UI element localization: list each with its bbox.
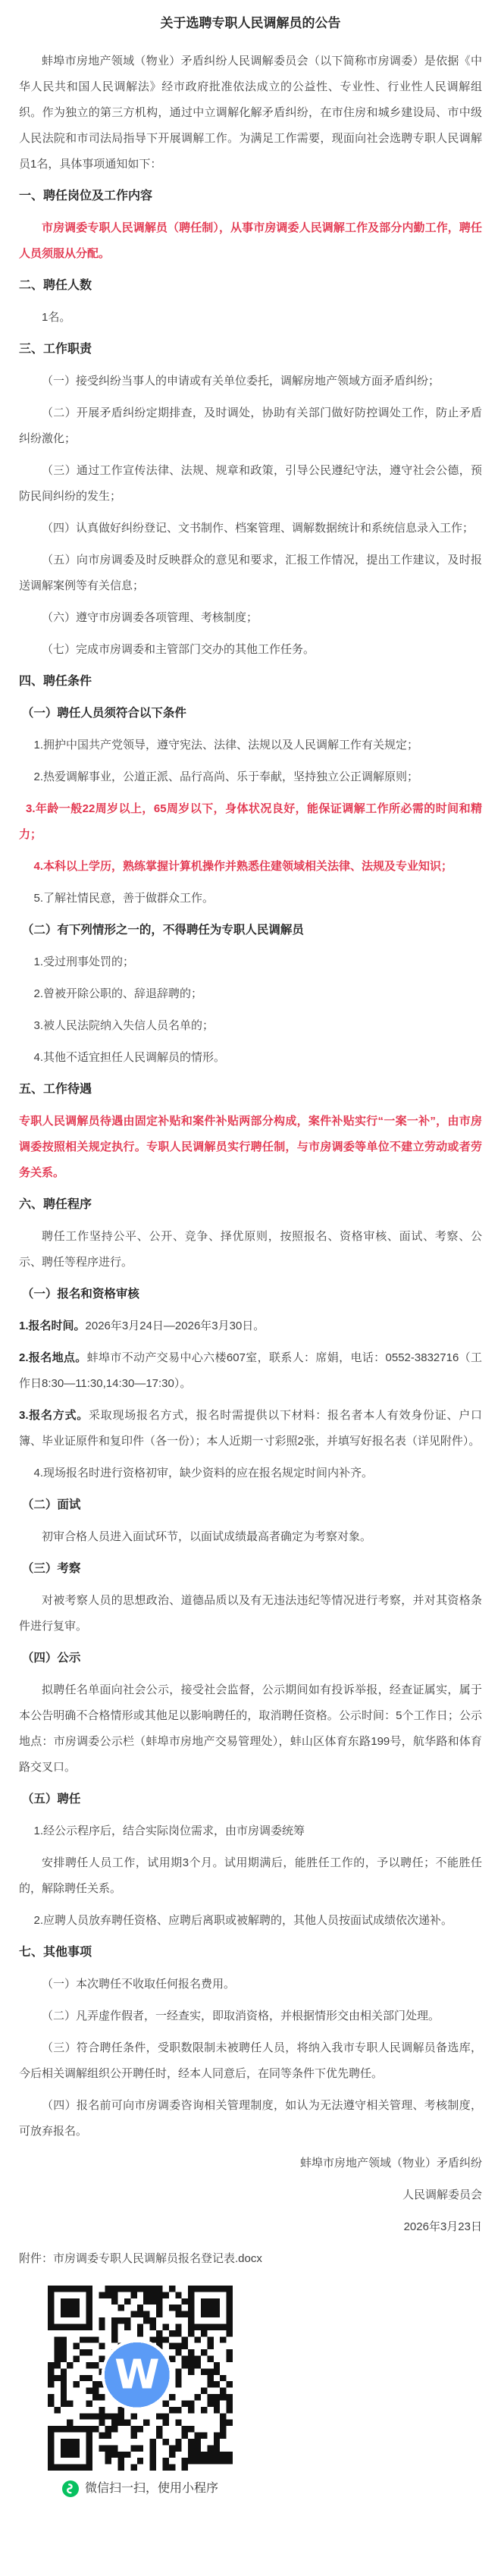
section-heading: 六、聘任程序	[19, 1192, 482, 1218]
paragraph: 1.经公示程序后，结合实际岗位需求，由市房调委统筹	[19, 1818, 482, 1844]
section-heading: 七、其他事项	[19, 1940, 482, 1966]
section-heading: 二、聘任人数	[19, 273, 482, 299]
attachment-link[interactable]: 附件：市房调委专职人民调解员报名登记表.docx	[19, 2246, 482, 2272]
paragraph: 2.应聘人员放弃聘任资格、应聘后离职或被解聘的，其他人员按面试成绩依次递补。	[19, 1908, 482, 1934]
qr-caption-text: 微信扫一扫，使用小程序	[85, 2480, 218, 2498]
section-heading: 五、工作待遇	[19, 1077, 482, 1103]
paragraph: 初审合格人员进入面试环节，以面试成绩最高者确定为考察对象。	[19, 1524, 482, 1550]
paragraph: （二）开展矛盾纠纷定期排查，及时调处，协助有关部门做好防控调处工作，防止矛盾纠纷…	[19, 400, 482, 452]
paragraph: 2.曾被开除公职的、辞退辞聘的；	[19, 981, 482, 1007]
page-title: 关于选聘专职人民调解员的公告	[19, 12, 482, 35]
paragraph: （六）遵守市房调委各项管理、考核制度；	[19, 605, 482, 631]
section-heading: 四、聘任条件	[19, 669, 482, 695]
paragraph: 4.现场报名时进行资格初审，缺少资料的应在报名规定时间内补齐。	[19, 1461, 482, 1486]
paragraph: （三）通过工作宣传法律、法规、规章和政策，引导公民遵纪守法，遵守社会公德，预防民…	[19, 458, 482, 510]
qr-code: W	[48, 2286, 233, 2471]
paragraph: 4.其他不适宜担任人民调解员的情形。	[19, 1045, 482, 1071]
paragraph: 拟聘任名单面向社会公示，接受社会监督，公示期间如有投诉举报，经查证属实，属于本公…	[19, 1677, 482, 1781]
paragraph: （七）完成市房调委和主管部门交办的其他工作任务。	[19, 637, 482, 663]
sub-heading: （三）考察	[19, 1556, 482, 1582]
wechat-icon	[62, 2480, 79, 2497]
paragraph: （三）符合聘任条件，受职数限制未被聘任人员，将纳入我市专职人民调解员备选库，今后…	[19, 2035, 482, 2087]
paragraph: 对被考察人员的思想政治、道德品质以及有无违法违纪等情况进行考察，并对其资格条件进…	[19, 1588, 482, 1639]
paragraph: 聘任工作坚持公平、公开、竞争、择优原则，按照报名、资格审核、面试、考察、公示、聘…	[19, 1224, 482, 1275]
run-label: 1.报名时间。	[19, 1319, 86, 1332]
announcement-page: 关于选聘专职人民调解员的公告 蚌埠市房地产领域（物业）矛盾纠纷人民调解委员会（以…	[0, 0, 501, 2576]
sub-heading: （二）有下列情形之一的，不得聘任为专职人民调解员	[19, 918, 482, 943]
paragraph: 专职人民调解员待遇由固定补贴和案件补贴两部分构成，案件补贴实行“一案一补”，由市…	[19, 1109, 482, 1186]
paragraph: 3.报名方式。采取现场报名方式，报名时需提供以下材料：报名者本人有效身份证、户口…	[19, 1403, 482, 1454]
paragraph: （五）向市房调委及时反映群众的意见和要求，汇报工作情况，提出工作建议，及时报送调…	[19, 548, 482, 599]
qr-caption: 微信扫一扫，使用小程序	[48, 2480, 233, 2498]
paragraph: 市房调委专职人民调解员（聘任制），从事市房调委人民调解工作及部分内勤工作，聘任人…	[19, 215, 482, 267]
section-heading: 三、工作职责	[19, 337, 482, 362]
signature-line-2: 人民调解委员会	[19, 2182, 482, 2208]
paragraph: （一）本次聘任不收取任何报名费用。	[19, 1972, 482, 1997]
qr-section: W 微信扫一扫，使用小程序	[48, 2286, 233, 2498]
run-text: 蚌埠市不动产交易中心六楼607室，联系人：席娟，电话：0552-3832716（…	[19, 1351, 482, 1390]
document-content: 关于选聘专职人民调解员的公告 蚌埠市房地产领域（物业）矛盾纠纷人民调解委员会（以…	[0, 0, 501, 2498]
paragraph: 2.报名地点。蚌埠市不动产交易中心六楼607室，联系人：席娟，电话：0552-3…	[19, 1345, 482, 1397]
signature-date: 2026年3月23日	[19, 2214, 482, 2240]
run-label: 3.报名方式。	[19, 1409, 89, 1422]
sub-heading: （二）面试	[19, 1492, 482, 1518]
sub-heading: （一）聘任人员须符合以下条件	[19, 701, 482, 726]
paragraph: 3.年龄一般22周岁以上，65周岁以下，身体状况良好，能保证调解工作所必需的时间…	[19, 796, 482, 848]
paragraph: 3.被人民法院纳入失信人员名单的；	[19, 1013, 482, 1039]
paragraph: 安排聘任人员工作，试用期3个月。试用期满后，能胜任工作的，予以聘任；不能胜任的，…	[19, 1850, 482, 1902]
signature-line-1: 蚌埠市房地产领域（物业）矛盾纠纷	[19, 2151, 482, 2176]
section-heading: 一、聘任岗位及工作内容	[19, 184, 482, 209]
run-label: 2.报名地点。	[19, 1351, 87, 1364]
run-text: 2026年3月24日—2026年3月30日。	[86, 1319, 265, 1332]
paragraph: 1.拥护中国共产党领导，遵守宪法、法律、法规以及人民调解工作有关规定；	[19, 733, 482, 758]
paragraph: 蚌埠市房地产领域（物业）矛盾纠纷人民调解委员会（以下简称市房调委）是依据《中华人…	[19, 49, 482, 177]
paragraph: 1.受过刑事处罚的；	[19, 949, 482, 975]
sub-heading: （五）聘任	[19, 1787, 482, 1812]
run-text: 采取现场报名方式，报名时需提供以下材料：报名者本人有效身份证、户口簿、毕业证原件…	[19, 1409, 482, 1448]
paragraph: 1.报名时间。2026年3月24日—2026年3月30日。	[19, 1313, 482, 1339]
paragraph: 4.本科以上学历，熟练掌握计算机操作并熟悉住建领域相关法律、法规及专业知识；	[19, 854, 482, 880]
svg-text:W: W	[114, 2350, 159, 2398]
sub-heading: （四）公示	[19, 1646, 482, 1671]
paragraph: （四）认真做好纠纷登记、文书制作、档案管理、调解数据统计和系统信息录入工作；	[19, 516, 482, 541]
paragraph: （四）报名前可向市房调委咨询相关管理制度，如认为无法遵守相关管理、考核制度，可放…	[19, 2093, 482, 2145]
document-body: 蚌埠市房地产领域（物业）矛盾纠纷人民调解委员会（以下简称市房调委）是依据《中华人…	[19, 49, 482, 2272]
paragraph: （一）接受纠纷当事人的申请或有关单位委托，调解房地产领域方面矛盾纠纷；	[19, 369, 482, 394]
sub-heading: （一）报名和资格审核	[19, 1282, 482, 1307]
paragraph: （二）凡弄虚作假者，一经查实，即取消资格，并根据情形交由相关部门处理。	[19, 2003, 482, 2029]
paragraph: 5.了解社情民意，善于做群众工作。	[19, 886, 482, 911]
paragraph: 1名。	[19, 305, 482, 331]
paragraph: 2.热爱调解事业，公道正派、品行高尚、乐于奉献，坚持独立公正调解原则；	[19, 764, 482, 790]
